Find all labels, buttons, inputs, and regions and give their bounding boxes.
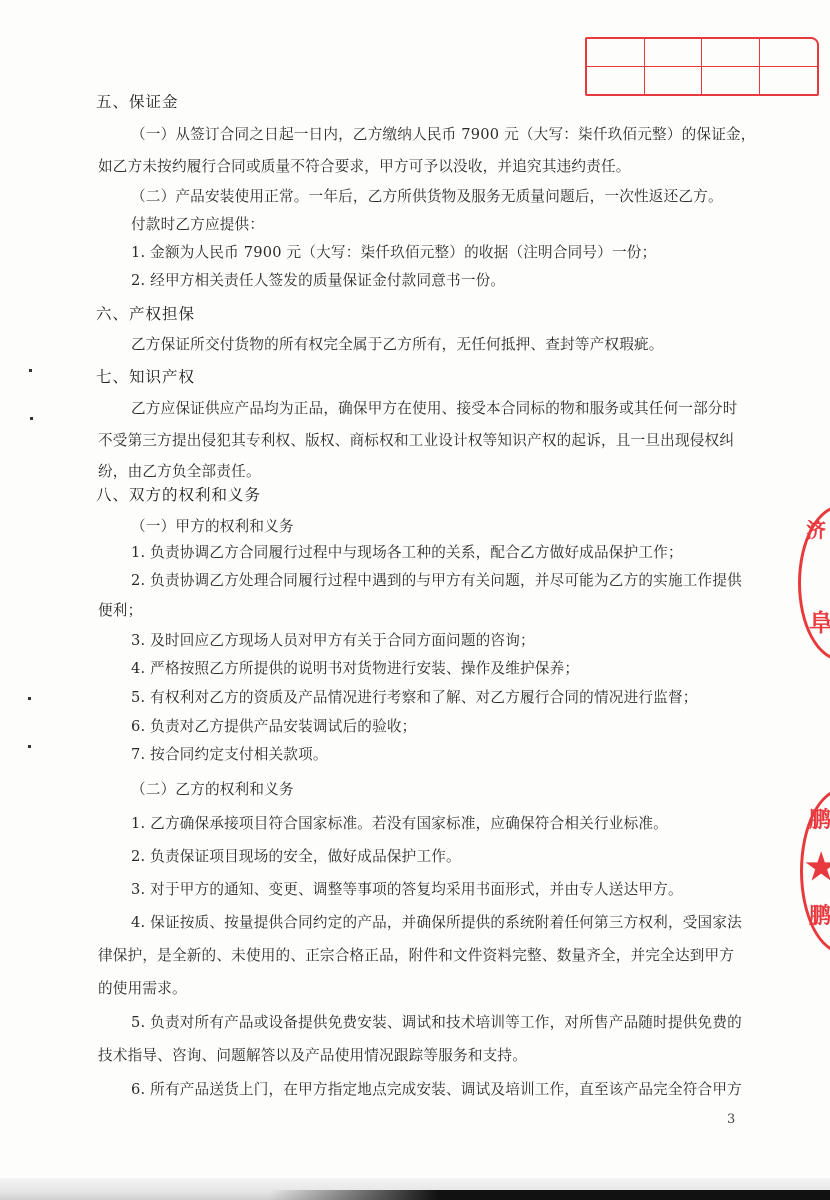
section-5-line: （二）产品安装使用正常。一年后，乙方所供货物及服务无质量问题后，一次性返还乙方。 xyxy=(131,185,723,206)
section-5-line: 1. 金额为人民币 7900 元（大写：柒仟玖佰元整）的收据（注明合同号）一份； xyxy=(131,241,656,262)
party-a-subheading: （一）甲方的权利和义务 xyxy=(131,515,294,536)
party-b-line: 1. 乙方确保承接项目符合国家标准。若没有国家标准，应确保符合相关行业标准。 xyxy=(131,812,668,833)
section-7-line: 不受第三方提出侵犯其专利权、版权、商标权和工业设计权等知识产权的起诉，且一旦出现… xyxy=(98,429,734,450)
party-b-line: 律保护，是全新的、未使用的、正宗合格正品，附件和文件资料完整、数量齐全，并完全达… xyxy=(98,944,734,965)
party-b-line: 2. 负责保证项目现场的安全，做好成品保护工作。 xyxy=(131,845,461,866)
party-a-line: 6. 负责对乙方提供产品安装调试后的验收； xyxy=(131,715,416,736)
section-5-line: （一）从签订合同之日起一日内，乙方缴纳人民币 7900 元（大写：柒仟玖佰元整）… xyxy=(131,123,756,144)
party-b-line: 技术指导、咨询、问题解答以及产品使用情况跟踪等服务和支持。 xyxy=(98,1044,527,1065)
party-a-line: 7. 按合同约定支付相关款项。 xyxy=(131,743,328,764)
party-a-line: 1. 负责协调乙方合同履行过程中与现场各工种的关系，配合乙方做好成品保护工作； xyxy=(131,541,683,562)
company-seal-fragment: 济 阜 xyxy=(798,505,830,661)
section-5-line: 付款时乙方应提供： xyxy=(131,213,264,234)
party-a-line: 4. 严格按照乙方所提供的说明书对货物进行安装、操作及维护保养； xyxy=(131,657,579,678)
party-a-line: 5. 有权利对乙方的资质及产品情况进行考察和了解、对乙方履行合同的情况进行监督； xyxy=(131,686,698,707)
section-7-heading: 七、知识产权 xyxy=(96,365,195,387)
party-b-line: 的使用需求。 xyxy=(98,977,187,998)
section-5-line: 如乙方未按约履行合同或质量不符合要求，甲方可予以没收，并追究其违约责任。 xyxy=(98,155,631,176)
party-b-subheading: （二）乙方的权利和义务 xyxy=(131,778,294,799)
margin-mark xyxy=(30,417,33,420)
scan-edge-dark xyxy=(270,1190,830,1200)
section-6-heading: 六、产权担保 xyxy=(96,302,195,324)
section-7-line: 纷，由乙方负全部责任。 xyxy=(98,460,261,481)
section-5-line: 2. 经甲方相关责任人签发的质量保证金付款同意书一份。 xyxy=(131,269,505,290)
section-8-heading: 八、双方的权利和义务 xyxy=(96,483,261,505)
party-b-line: 5. 负责对所有产品或设备提供免费安装、调试和技术培训等工作，对所售产品随时提供… xyxy=(131,1011,742,1032)
party-a-line: 便利； xyxy=(98,599,142,620)
section-7-line: 乙方应保证供应产品均为正品，确保甲方在使用、接受本合同标的物和服务或其任何一部分… xyxy=(131,397,738,418)
party-b-line: 4. 保证按质、按量提供合同约定的产品，并确保所提供的系统附着任何第三方权利，受… xyxy=(131,911,742,932)
margin-mark xyxy=(28,697,31,700)
party-a-line: 2. 负责协调乙方处理合同履行过程中遇到的与甲方有关问题，并尽可能为乙方的实施工… xyxy=(131,569,742,590)
page-number: 3 xyxy=(727,1112,735,1127)
party-a-line: 3. 及时回应乙方现场人员对甲方有关于合同方面问题的咨询； xyxy=(131,629,535,650)
party-b-line: 3. 对于甲方的通知、变更、调整等事项的答复均采用书面形式，并由专人送达甲方。 xyxy=(131,878,683,899)
margin-mark xyxy=(29,369,32,372)
margin-mark xyxy=(28,745,31,748)
section-5-heading: 五、保证金 xyxy=(96,90,179,112)
section-6-line: 乙方保证所交付货物的所有权完全属于乙方所有，无任何抵押、查封等产权瑕疵。 xyxy=(131,333,664,354)
scanned-contract-page: 五、保证金 （一）从签订合同之日起一日内，乙方缴纳人民币 7900 元（大写：柒… xyxy=(0,0,830,1200)
party-b-line: 6. 所有产品送货上门，在甲方指定地点完成安装、调试及培训工作，直至该产品完全符… xyxy=(131,1078,742,1099)
company-seal-fragment: 鹏 ★ 鹏 xyxy=(800,788,830,954)
seam-stamp-grid xyxy=(585,37,819,96)
